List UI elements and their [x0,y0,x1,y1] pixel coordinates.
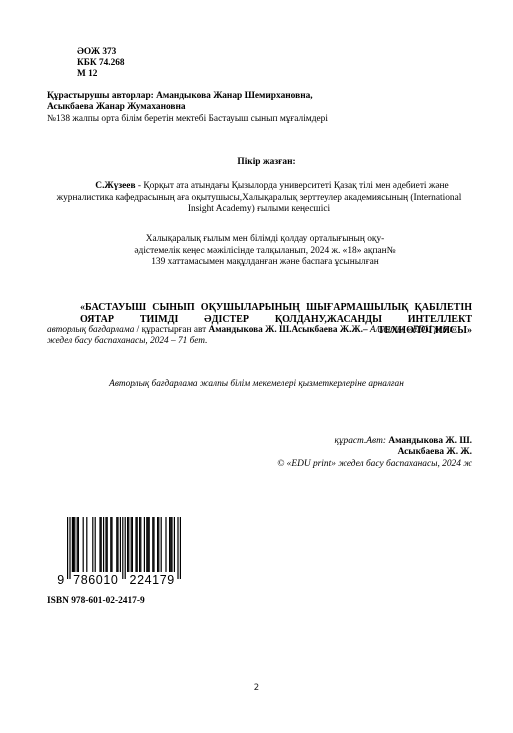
credits-author-1: Амандыкова Ж. Ш. [386,436,472,446]
approval-line: 139 хаттамасымен мақұлданған және баспағ… [120,257,410,269]
page-number: 2 [0,683,513,693]
compilers-block: Құрастырушы авторлар: Амандыкова Жанар Ш… [47,91,467,125]
reviewer-block: С.Жүзеев - Қорқыт ата атындағы Қызылорда… [47,181,471,216]
svg-text:786010: 786010 [73,573,118,587]
credits-block: құраст.Авт: Амандыкова Ж. Ш. Асыкбаева Ж… [277,436,472,470]
classification-codes: ӘОЖ 373 КБК 74.268 М 12 [77,47,125,79]
review-title: Пікір жазған: [0,157,513,167]
credits-author-2: Асыкбаева Ж. Ж. [277,447,472,458]
bib-authors: Амандыкова Ж. Ш.Асыкбаева Ж.Ж.– [209,325,368,335]
compilers-names-2: Асыкбаева Жанар Жумахановна [47,102,467,113]
copyright: © «EDU print» жедел басу баспаханасы, 20… [277,459,472,470]
svg-text:9: 9 [57,573,65,587]
author-mark: М 12 [77,69,125,80]
compilers-affiliation: №138 жалпы орта білім беретін мектебі Ба… [47,114,467,125]
reviewer-name: С.Жүзеев [95,181,135,191]
isbn-barcode: 9786010224179 [56,515,186,587]
book-title-line: «БАСТАУЫШ СЫНЫП ОҚУШЫЛАРЫНЫҢ ШЫҒАРМАШЫЛЫ… [80,302,472,314]
dedication: Авторлық бағдарлама жалпы білім мекемеле… [0,379,513,389]
credits-label: құраст.Авт: [334,436,386,446]
svg-text:224179: 224179 [130,573,175,587]
approval-line: Халықаралық ғылым мен білімді қолдау орт… [120,234,410,246]
udc-code: ӘОЖ 373 [77,47,125,58]
bib-type: авторлық бағдарлама [47,325,134,335]
bibliographic-record: авторлық бағдарлама / құрастырған авт Ам… [47,325,467,348]
bib-separator: / құрастырған авт [134,325,208,335]
isbn-number: ISBN 978-601-02-2417-9 [47,596,145,606]
bbk-code: КБК 74.268 [77,58,125,69]
approval-block: Халықаралық ғылым мен білімді қолдау орт… [120,234,410,269]
compilers-names: Амандыкова Жанар Шемирхановна, [154,91,313,101]
approval-line: әдістемелік кеңес мәжілісінде талқыланып… [120,246,410,258]
compilers-label: Құрастырушы авторлар: [47,91,154,101]
